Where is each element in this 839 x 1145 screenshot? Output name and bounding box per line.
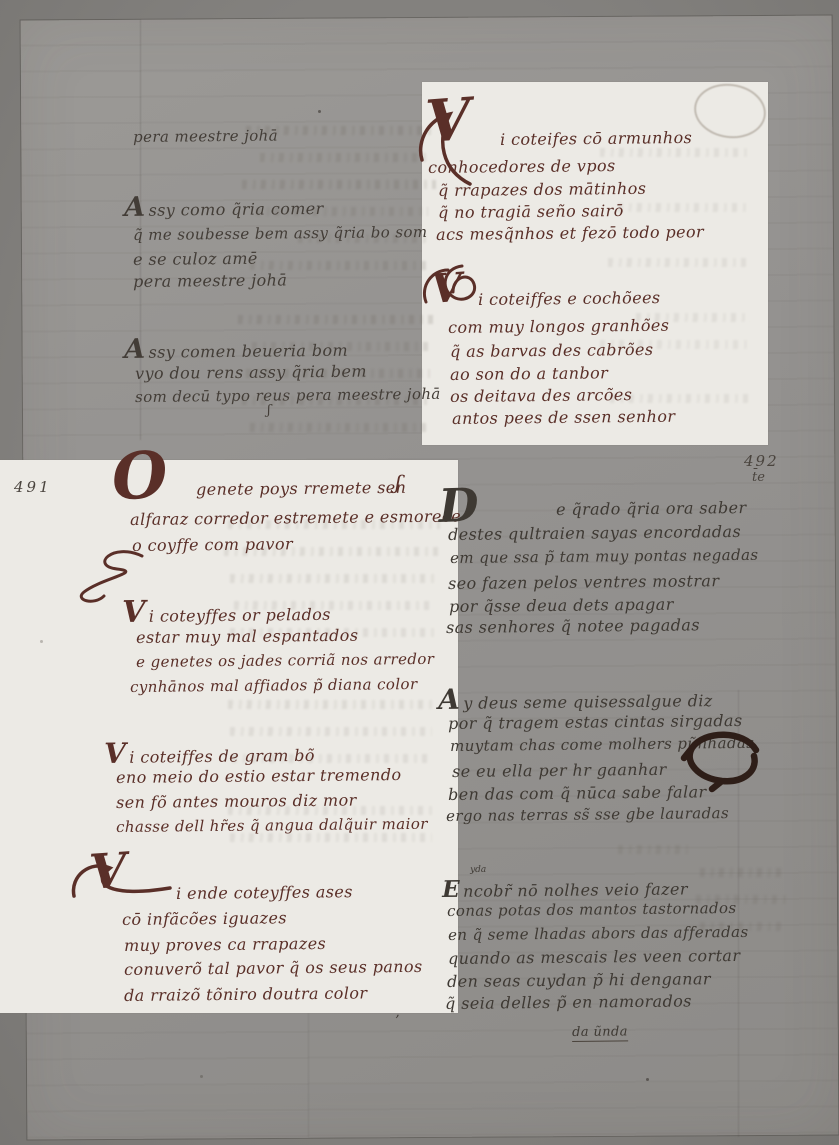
verse-line: den seas cuydan p̃ hi denganar	[447, 971, 711, 990]
verse-line: e genetes os jades corriã nos arredor	[136, 652, 434, 670]
verse-line: q̃ seia delles p̃ en namorados	[445, 993, 692, 1012]
bleed-through-line	[260, 153, 426, 162]
verse-line: q̃ me soubesse bem assy q̃ria bo som	[133, 225, 428, 243]
verse-line: conuverõ tal pavor q̃ os seus panos	[124, 959, 423, 978]
verse-line: alfaraz corredor estremete e esmorece	[130, 509, 461, 528]
verse-line: q̃ as barvas des cabrões	[450, 342, 654, 360]
verse-line: e q̃rado q̃ria ora saber	[556, 500, 747, 518]
verse-line: sas senhores q̃ notee pagadas	[446, 617, 700, 636]
verse-line: em que ssa p̃ tam muy pontas negadas	[450, 548, 759, 566]
stanza-initial: A	[438, 683, 460, 716]
verse-line: cō infãcões iguazes	[122, 910, 287, 928]
stanza-initial: A	[124, 334, 146, 365]
ink-speck	[646, 1078, 649, 1081]
stanza-initial: V	[122, 595, 146, 630]
scribal-mark: ’	[395, 1014, 400, 1028]
verse-line: ao son do a tanbor	[450, 365, 608, 383]
ink-speck	[318, 110, 321, 113]
stanza-initial: A	[124, 192, 146, 223]
bleed-through-line	[700, 868, 786, 877]
verse-line: conas potas dos mantos tastornados	[447, 901, 737, 919]
verse-line: sen fõ antes mouros diz mor	[116, 792, 357, 811]
verse-line: Vi coteyffes or pelados	[122, 596, 331, 628]
verse-line: som decū typo reus pera meestre johā	[135, 387, 441, 405]
folio-number-right: 492	[744, 452, 779, 470]
verse-line: en q̃ seme lhadas abors das afferadas	[448, 925, 749, 943]
verse-line: Encobr̃ nō nolhes veio fazer	[442, 875, 688, 901]
bleed-through-line	[230, 574, 436, 583]
verse-line: e se culoz amē	[133, 251, 258, 268]
bleed-through-line	[608, 258, 750, 267]
bleed-through-line	[250, 423, 428, 432]
bleed-through-line	[618, 203, 750, 212]
verse-line: genete poys rremete sen	[196, 480, 406, 498]
verse-line: ergo nas terras ss̃ sse gbe lauradas	[446, 806, 729, 824]
verse-line: q̃ no tragiā seño sairō	[438, 203, 624, 221]
verse-line: da rraizõ tõniro doutra color	[124, 985, 367, 1004]
verse-line: Assy como q̃ria comer	[124, 192, 324, 221]
bleed-through-line	[618, 845, 688, 854]
verse-line: conhocedores de vpos	[428, 158, 616, 176]
verse-line: i ende coteyffes ases	[176, 884, 353, 902]
verse-line: muy proves ca rrapazes	[124, 936, 326, 954]
bleed-through-line	[238, 315, 434, 324]
verse-line: vyo dou rens assy q̃ria bem	[135, 364, 367, 382]
verse-line: com muy longos granhões	[448, 318, 669, 336]
stanza-initial: V	[104, 737, 126, 770]
verse-line: destes qultraien sayas encordadas	[448, 524, 741, 543]
bleed-through-line	[250, 261, 430, 270]
verse-line: i coteifes cō armunhos	[500, 130, 692, 148]
verse-line: cynhānos mal affiados p̃ diana color	[130, 677, 418, 695]
bleed-through-line	[228, 700, 434, 709]
verse-line: Vi coteiffes de gram bõ	[104, 738, 315, 768]
catchword: da ũnda	[572, 1025, 628, 1042]
verse-line: q̃ rrapazes dos mātinhos	[438, 181, 646, 199]
folio-number-left: 491	[14, 478, 52, 496]
bleed-through-line	[230, 727, 432, 736]
verse-line: seo fazen pelos ventres mostrar	[448, 573, 719, 592]
verse-line: estar muy mal espantados	[136, 628, 358, 646]
bleed-through-line	[242, 180, 436, 189]
verse-line: antos pees de ssen senhor	[452, 409, 675, 427]
verse-line: chasse dell hr̃es q̃ angua dalq̃uir maio…	[116, 817, 428, 835]
verse-line: os deitava des arcões	[450, 387, 632, 405]
interlinear-gloss: yda	[470, 866, 486, 875]
stanza-initial-d: D	[438, 485, 479, 528]
scribal-mark: ʃ	[267, 404, 271, 417]
verse-line: quando as mescais les veen cortar	[448, 948, 740, 967]
verse-line: ben das com q̃ nūca sabe falar	[448, 784, 707, 803]
verse-line: Ay deus seme quisessalgue diz	[438, 683, 713, 714]
folio-flourish-mark: t̄e	[752, 470, 765, 485]
verse-line: acs mesq̃nhos et fezō todo peor	[436, 224, 704, 243]
stanza-initial-o: O	[110, 446, 170, 507]
verse-line: por q̃sse deua dets apagar	[449, 597, 674, 615]
bleed-through-line	[600, 148, 752, 157]
ink-speck	[40, 640, 43, 643]
verse-line: se eu ella per hr gaanhar	[452, 762, 667, 780]
verse-line: Assy comen beueria bom	[124, 334, 348, 363]
verse-line: eno meio do estio estar tremendo	[116, 767, 402, 786]
manuscript-photo: pera meestre johā Assy como q̃ria comer …	[0, 0, 839, 1145]
verse-line: pera meestre johā	[133, 272, 287, 290]
rubric-pera-meestre: pera meestre johā	[133, 128, 278, 145]
verse-line: i coteiffes e cochõees	[478, 290, 661, 308]
ink-doodle	[682, 728, 764, 790]
initial-swash	[416, 110, 506, 190]
ink-speck	[200, 1075, 203, 1078]
stanza-initial: E	[442, 876, 460, 903]
